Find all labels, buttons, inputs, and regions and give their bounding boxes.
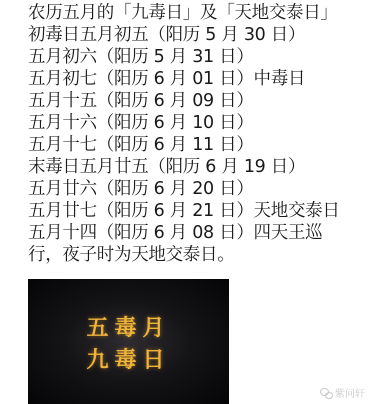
article-text: 农历五月的「九毒日」及「天地交泰日」 初毒日五月初五（阳历 5 月 30 日） … [28,2,368,266]
note-line: 行，夜子时为天地交泰日。 [28,244,368,266]
wechat-icon [320,388,332,398]
date-line: 五月十六（阳历 6 月 10 日） [28,112,368,134]
cover-title-line-2: 九毒日 [28,343,229,374]
heading-line: 农历五月的「九毒日」及「天地交泰日」 [28,2,368,24]
watermark: 紫问轩 [320,385,365,400]
date-line: 五月十七（阳历 6 月 11 日） [28,134,368,156]
watermark-text: 紫问轩 [335,385,365,400]
date-line: 五月十五（阳历 6 月 09 日） [28,90,368,112]
cover-image: 五毒月 九毒日 [28,279,229,404]
date-line: 五月初七（阳历 6 月 01 日）中毒日 [28,68,368,90]
date-line: 末毒日五月廿五（阳历 6 月 19 日） [28,156,368,178]
date-line: 五月初六（阳历 5 月 31 日） [28,46,368,68]
date-line: 五月廿七（阳历 6 月 21 日）天地交泰日 [28,200,368,222]
cover-title-line-1: 五毒月 [28,311,229,342]
date-line: 五月廿六（阳历 6 月 20 日） [28,178,368,200]
date-line: 五月十四（阳历 6 月 08 日）四天王巡 [28,222,368,244]
date-line: 初毒日五月初五（阳历 5 月 30 日） [28,24,368,46]
